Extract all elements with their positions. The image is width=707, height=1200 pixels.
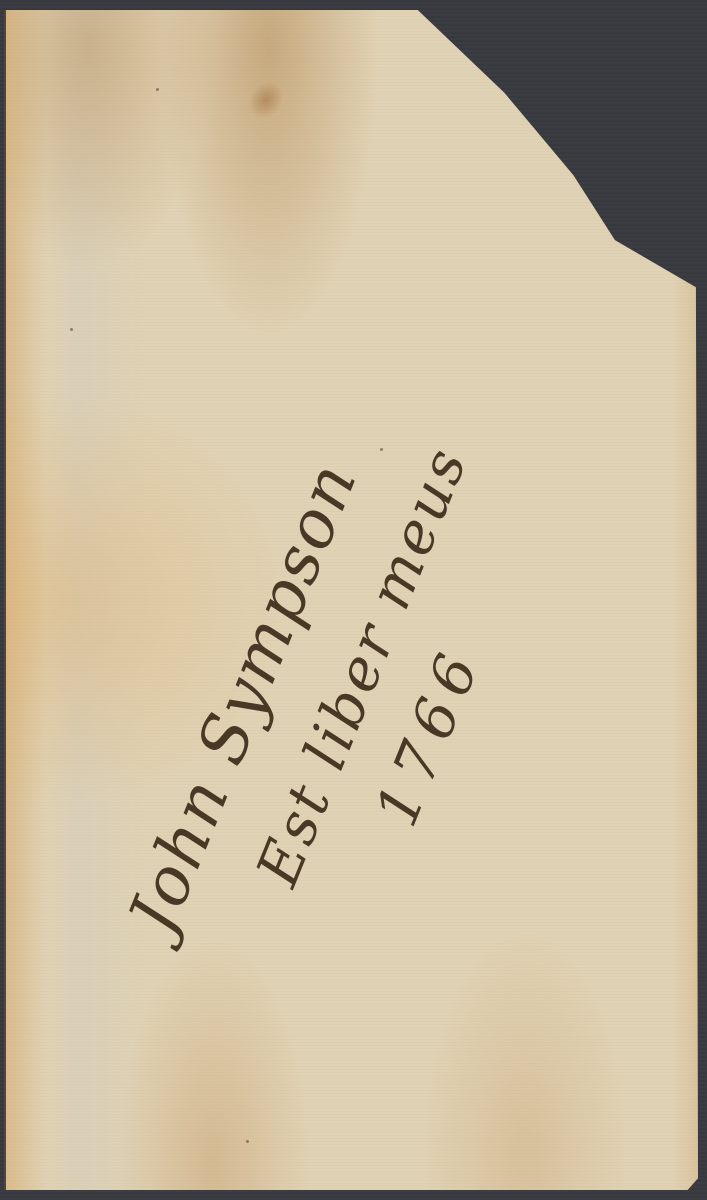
ink-speck <box>246 1140 249 1143</box>
ink-speck <box>156 88 159 91</box>
ink-speck <box>70 328 73 331</box>
binding-edge <box>4 10 6 1190</box>
foxing-stain <box>241 74 290 125</box>
